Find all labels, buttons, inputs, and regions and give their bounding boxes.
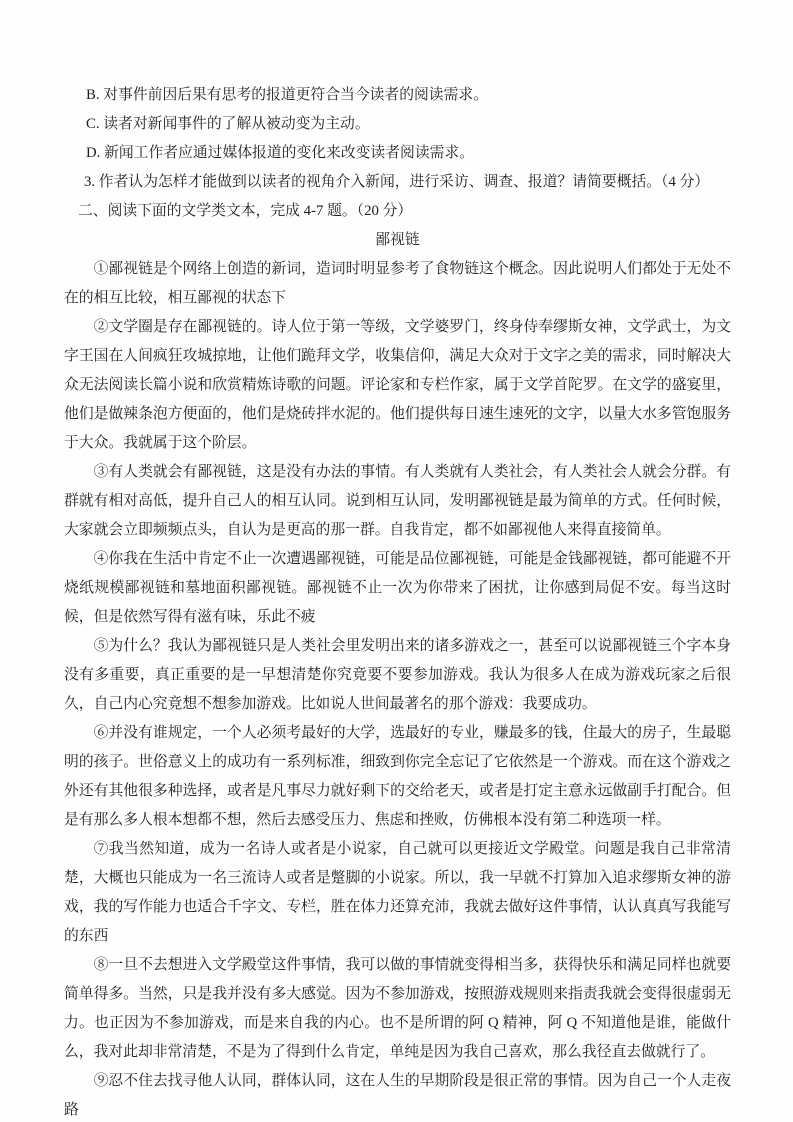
exam-page: B. 对事件前因后果有思考的报道更符合当今读者的阅读需求。 C. 读者对新闻事件…: [0, 0, 793, 1122]
option-d: D. 新闻工作者应通过媒体报道的变化来改变读者阅读需求。: [64, 139, 731, 168]
option-c: C. 读者对新闻事件的了解从被动变为主动。: [64, 110, 731, 139]
passage-paragraph-9: ⑨忍不住去找寻他人认同，群体认同，这在人生的早期阶段是很正常的事情。因为自己一个…: [64, 1067, 731, 1122]
passage-paragraph-4: ④你我在生活中肯定不止一次遭遇鄙视链，可能是品位鄙视链，可能是金钱鄙视链，都可能…: [64, 545, 731, 632]
passage-paragraph-3: ③有人类就会有鄙视链，这是没有办法的事情。有人类就有人类社会，有人类社会人就会分…: [64, 458, 731, 545]
passage-paragraph-5: ⑤为什么？我认为鄙视链只是人类社会里发明出来的诸多游戏之一，甚至可以说鄙视链三个…: [64, 632, 731, 719]
section-2-header: 二、阅读下面的文学类文本，完成 4-7 题。（20 分）: [64, 197, 731, 226]
passage-paragraph-7: ⑦我当然知道，成为一名诗人或者是小说家，自己就可以更接近文学殿堂。问题是我自己非…: [64, 835, 731, 951]
passage-paragraph-6: ⑥并没有谁规定，一个人必须考最好的大学，选最好的专业，赚最多的钱，住最大的房子，…: [64, 719, 731, 835]
passage-paragraph-8: ⑧一旦不去想进入文学殿堂这件事情，我可以做的事情就变得相当多，获得快乐和满足同样…: [64, 951, 731, 1067]
option-b: B. 对事件前因后果有思考的报道更符合当今读者的阅读需求。: [64, 81, 731, 110]
passage-paragraph-2: ②文学圈是存在鄙视链的。诗人位于第一等级，文学婆罗门，终身侍奉缪斯女神，文学武士…: [64, 313, 731, 458]
passage-paragraph-1: ①鄙视链是个网络上创造的新词，造词时明显参考了食物链这个概念。因此说明人们都处于…: [64, 255, 731, 313]
passage-title: 鄙视链: [64, 226, 731, 255]
question-3: 3. 作者认为怎样才能做到以读者的视角介入新闻，进行采访、调查、报道？请简要概括…: [64, 168, 731, 197]
page-content: B. 对事件前因后果有思考的报道更符合当今读者的阅读需求。 C. 读者对新闻事件…: [0, 0, 793, 1122]
